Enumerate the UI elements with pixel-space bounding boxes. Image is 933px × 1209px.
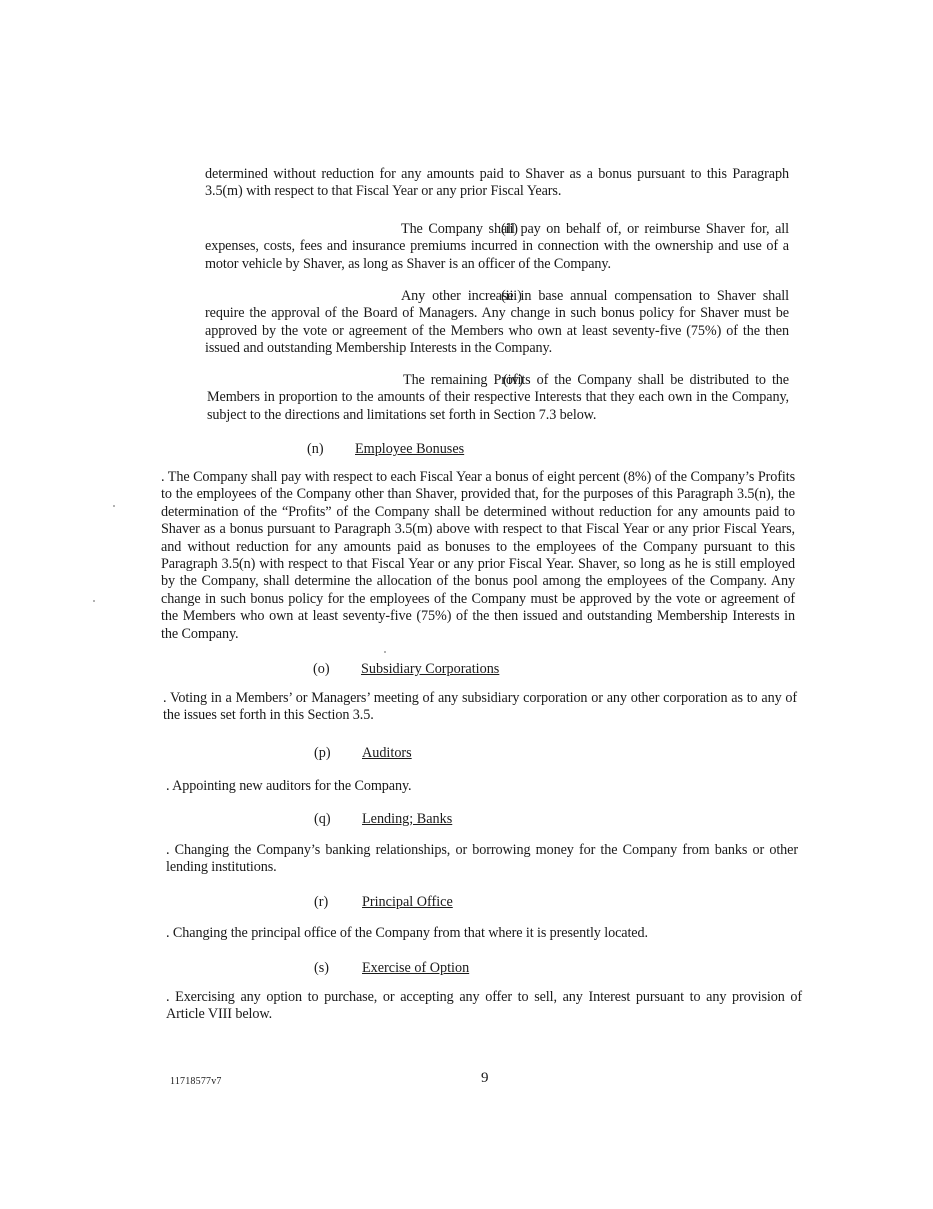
section-body-s: . Exercising any option to purchase, or …: [166, 989, 802, 1024]
section-title: Principal Office: [362, 894, 453, 910]
paragraph-text: . Appointing new auditors for the Compan…: [166, 778, 412, 794]
section-title: Subsidiary Corporations: [361, 661, 499, 677]
section-title: Auditors: [362, 745, 412, 761]
section-body-q: . Changing the Company’s banking relatio…: [166, 842, 798, 877]
section-title: Exercise of Option: [362, 960, 469, 976]
paragraph-m-ii: (ii)The Company shall pay on behalf of, …: [205, 221, 789, 273]
section-number: (q): [314, 811, 362, 828]
section-body-r: . Changing the principal office of the C…: [166, 925, 798, 942]
section-number: (r): [314, 894, 362, 911]
paragraph-text: . Changing the Company’s banking relatio…: [166, 842, 798, 875]
scan-speck: [384, 651, 386, 653]
paragraph-text: . Exercising any option to purchase, or …: [166, 989, 802, 1022]
section-heading-p: (p)Auditors: [314, 745, 412, 762]
section-body-o: . Voting in a Members’ or Managers’ meet…: [163, 690, 797, 725]
section-heading-q: (q)Lending; Banks: [314, 811, 452, 828]
section-heading-n: (n)Employee Bonuses: [307, 441, 464, 458]
section-title: Lending; Banks: [362, 811, 452, 827]
paragraph-continuation: determined without reduction for any amo…: [205, 166, 789, 201]
paragraph-m-iii: (iii)Any other increase in base annual c…: [205, 288, 789, 358]
section-number: (o): [313, 661, 361, 678]
section-number: (p): [314, 745, 362, 762]
section-number: (n): [307, 441, 355, 458]
item-number: (ii): [353, 221, 401, 238]
section-heading-s: (s)Exercise of Option: [314, 960, 469, 977]
paragraph-text: The remaining Profits of the Company sha…: [207, 372, 789, 423]
paragraph-text: determined without reduction for any amo…: [205, 166, 789, 199]
document-id: 11718577v7: [170, 1076, 222, 1087]
section-heading-o: (o)Subsidiary Corporations: [313, 661, 499, 678]
scan-speck: [93, 600, 95, 602]
page-number: 9: [481, 1070, 489, 1087]
paragraph-text: The Company shall pay on behalf of, or r…: [205, 221, 789, 272]
paragraph-text: Any other increase in base annual compen…: [205, 288, 789, 356]
section-number: (s): [314, 960, 362, 977]
section-body-p: . Appointing new auditors for the Compan…: [166, 778, 798, 795]
item-number: (iii): [353, 288, 401, 305]
item-number: (iv): [355, 372, 403, 389]
paragraph-text: . The Company shall pay with respect to …: [161, 469, 795, 642]
scan-speck: [113, 505, 115, 507]
paragraph-text: . Changing the principal office of the C…: [166, 925, 648, 941]
paragraph-text: . Voting in a Members’ or Managers’ meet…: [163, 690, 797, 723]
section-title: Employee Bonuses: [355, 441, 464, 457]
section-body-n: . The Company shall pay with respect to …: [161, 469, 795, 643]
section-heading-r: (r)Principal Office: [314, 894, 453, 911]
paragraph-m-iv: (iv)The remaining Profits of the Company…: [207, 372, 789, 424]
document-page: determined without reduction for any amo…: [0, 0, 933, 1209]
